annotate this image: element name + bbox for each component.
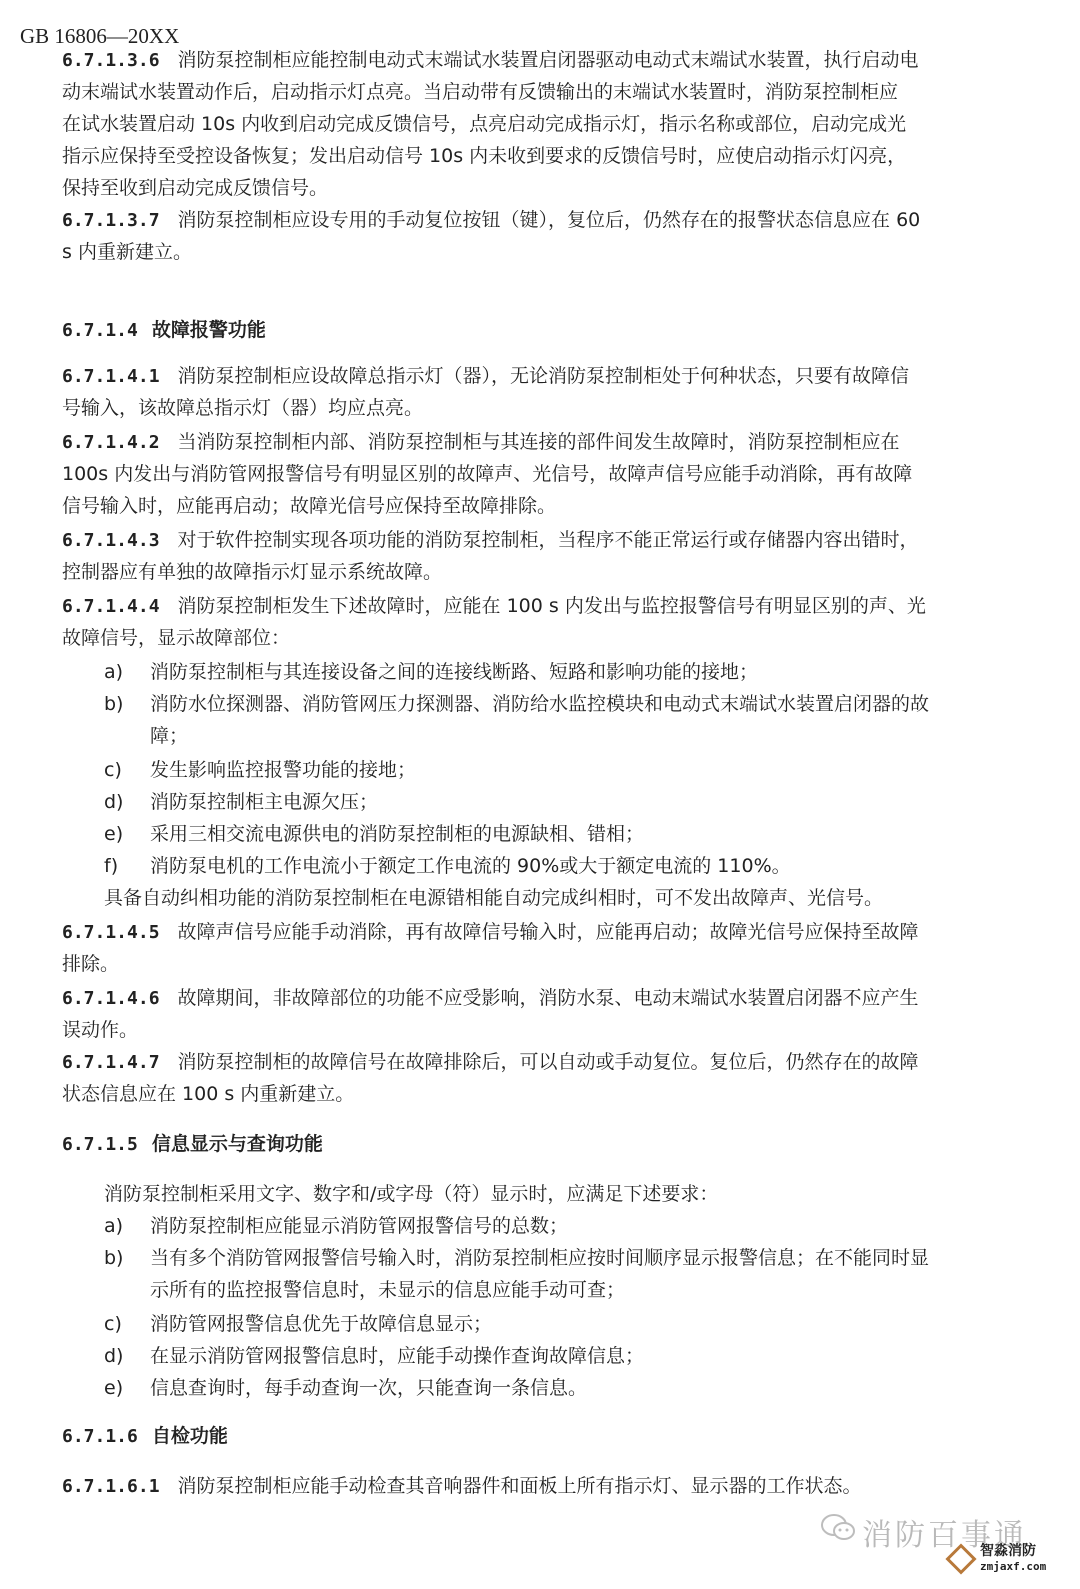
list-item: d)在显示消防管网报警信息时，应能手动操作查询故障信息；	[104, 1344, 644, 1368]
clause-line: 6.7.1.4.1消防泵控制柜应设故障总指示灯（器），无论消防泵控制柜处于何种状…	[62, 364, 909, 389]
line-text: 消防泵控制柜应设故障总指示灯（器），无论消防泵控制柜处于何种状态，只要有故障信	[178, 365, 910, 387]
clause-line: 6.7.1.4.6故障期间，非故障部位的功能不应受影响，消防水泵、电动末端试水装…	[62, 986, 919, 1011]
line-text: 对于软件控制实现各项功能的消防泵控制柜，当程序不能正常运行或存储器内容出错时，	[178, 529, 919, 551]
list-marker: b)	[104, 1246, 150, 1270]
line-text: 消防泵控制柜发生下述故障时，应能在 100 s 内发出与监控报警信号有明显区别的…	[178, 595, 926, 617]
wechat-icon	[820, 1512, 858, 1544]
text-line: 误动作。	[62, 1018, 138, 1042]
line-text: 障；	[150, 725, 188, 747]
line-text: 消防泵控制柜与其连接设备之间的连接线断路、短路和影响功能的接地；	[150, 661, 758, 683]
clause-number: 6.7.1.4.7	[62, 1052, 160, 1073]
line-text: 消防泵控制柜应能手动检查其音响器件和面板上所有指示灯、显示器的工作状态。	[178, 1475, 862, 1497]
section-number: 6.7.1.6	[62, 1426, 138, 1447]
line-text: 信息查询时，每手动查询一次，只能查询一条信息。	[150, 1377, 587, 1399]
text-line: 排除。	[62, 952, 119, 976]
line-text: 动末端试水装置动作后，启动指示灯点亮。当启动带有反馈输出的末端试水装置时，消防泵…	[62, 81, 898, 103]
section-heading: 6.7.1.6自检功能	[62, 1424, 228, 1449]
line-text: 误动作。	[62, 1019, 138, 1041]
list-item: b)消防水位探测器、消防管网压力探测器、消防给水监控模块和电动式末端试水装置启闭…	[104, 692, 929, 716]
list-item: d)消防泵控制柜主电源欠压；	[104, 790, 378, 814]
section-title: 信息显示与查询功能	[152, 1133, 323, 1155]
clause-number: 6.7.1.4.3	[62, 530, 160, 551]
list-item: f)消防泵电机的工作电流小于额定工作电流的 90%或大于额定电流的 110%。	[104, 854, 791, 878]
text-line: 示所有的监控报警信息时，未显示的信息应能手动可查；	[150, 1278, 625, 1302]
line-text: 采用三相交流电源供电的消防泵控制柜的电源缺相、错相；	[150, 823, 644, 845]
line-text: 消防泵控制柜主电源欠压；	[150, 791, 378, 813]
clause-line: 6.7.1.4.4消防泵控制柜发生下述故障时，应能在 100 s 内发出与监控报…	[62, 594, 926, 619]
list-marker: d)	[104, 790, 150, 814]
clause-line: 6.7.1.3.6消防泵控制柜应能控制电动式末端试水装置启闭器驱动电动式末端试水…	[62, 48, 919, 73]
line-text: 故障声信号应能手动消除，再有故障信号输入时，应能再启动；故障光信号应保持至故障	[178, 921, 919, 943]
list-marker: b)	[104, 692, 150, 716]
line-text: 消防泵控制柜采用文字、数字和/或字母（符）显示时，应满足下述要求：	[104, 1183, 718, 1205]
line-text: 故障信号，显示故障部位：	[62, 627, 290, 649]
clause-line: 6.7.1.4.2当消防泵控制柜内部、消防泵控制柜与其连接的部件间发生故障时，消…	[62, 430, 900, 455]
section-heading: 6.7.1.4故障报警功能	[62, 318, 266, 343]
list-item: e)采用三相交流电源供电的消防泵控制柜的电源缺相、错相；	[104, 822, 644, 846]
clause-number: 6.7.1.4.5	[62, 922, 160, 943]
section-number: 6.7.1.4	[62, 320, 138, 341]
list-marker: c)	[104, 1312, 150, 1336]
text-line: s 内重新建立。	[62, 240, 192, 264]
line-text: 消防泵控制柜应能显示消防管网报警信号的总数；	[150, 1215, 568, 1237]
logo-diamond-icon	[945, 1543, 976, 1574]
site-logo: 智淼消防 zmjaxf.com	[950, 1540, 1070, 1584]
section-heading: 6.7.1.5信息显示与查询功能	[62, 1132, 323, 1157]
text-line: 具备自动纠相功能的消防泵控制柜在电源错相能自动完成纠相时，可不发出故障声、光信号…	[104, 886, 883, 910]
line-text: 故障期间，非故障部位的功能不应受影响，消防水泵、电动末端试水装置启闭器不应产生	[178, 987, 919, 1009]
text-line: 消防泵控制柜采用文字、数字和/或字母（符）显示时，应满足下述要求：	[104, 1182, 718, 1206]
section-title: 自检功能	[152, 1425, 228, 1447]
text-line: 控制器应有单独的故障指示灯显示系统故障。	[62, 560, 442, 584]
line-text: 当有多个消防管网报警信号输入时，消防泵控制柜应按时间顺序显示报警信息；在不能同时…	[150, 1247, 929, 1269]
line-text: 当消防泵控制柜内部、消防泵控制柜与其连接的部件间发生故障时，消防泵控制柜应在	[178, 431, 900, 453]
clause-line: 6.7.1.3.7消防泵控制柜应设专用的手动复位按钮（键），复位后，仍然存在的报…	[62, 208, 920, 233]
line-text: 发生影响监控报警功能的接地；	[150, 759, 416, 781]
text-line: 动末端试水装置动作后，启动指示灯点亮。当启动带有反馈输出的末端试水装置时，消防泵…	[62, 80, 898, 104]
line-text: 控制器应有单独的故障指示灯显示系统故障。	[62, 561, 442, 583]
clause-line: 6.7.1.6.1消防泵控制柜应能手动检查其音响器件和面板上所有指示灯、显示器的…	[62, 1474, 862, 1499]
section-title: 故障报警功能	[152, 319, 266, 341]
line-text: 100s 内发出与消防管网报警信号有明显区别的故障声、光信号，故障声信号应能手动…	[62, 463, 912, 485]
line-text: 消防管网报警信息优先于故障信息显示；	[150, 1313, 492, 1335]
line-text: 指示应保持至受控设备恢复；发出启动信号 10s 内未收到要求的反馈信号时，应使启…	[62, 145, 906, 167]
text-line: 100s 内发出与消防管网报警信号有明显区别的故障声、光信号，故障声信号应能手动…	[62, 462, 912, 486]
list-item: c)消防管网报警信息优先于故障信息显示；	[104, 1312, 492, 1336]
line-text: 具备自动纠相功能的消防泵控制柜在电源错相能自动完成纠相时，可不发出故障声、光信号…	[104, 887, 883, 909]
clause-line: 6.7.1.4.3对于软件控制实现各项功能的消防泵控制柜，当程序不能正常运行或存…	[62, 528, 919, 553]
text-line: 障；	[150, 724, 188, 748]
list-item: e)信息查询时，每手动查询一次，只能查询一条信息。	[104, 1376, 587, 1400]
clause-number: 6.7.1.4.4	[62, 596, 160, 617]
list-item: a)消防泵控制柜与其连接设备之间的连接线断路、短路和影响功能的接地；	[104, 660, 758, 684]
list-item: a)消防泵控制柜应能显示消防管网报警信号的总数；	[104, 1214, 568, 1238]
clause-number: 6.7.1.4.2	[62, 432, 160, 453]
line-text: 消防泵电机的工作电流小于额定工作电流的 90%或大于额定电流的 110%。	[150, 855, 791, 877]
text-line: 状态信息应在 100 s 内重新建立。	[62, 1082, 354, 1106]
list-marker: c)	[104, 758, 150, 782]
line-text: s 内重新建立。	[62, 241, 192, 263]
list-marker: a)	[104, 660, 150, 684]
list-marker: f)	[104, 854, 150, 878]
clause-number: 6.7.1.4.6	[62, 988, 160, 1009]
line-text: 信号输入时，应能再启动；故障光信号应保持至故障排除。	[62, 495, 556, 517]
list-item: b)当有多个消防管网报警信号输入时，消防泵控制柜应按时间顺序显示报警信息；在不能…	[104, 1246, 929, 1270]
text-line: 故障信号，显示故障部位：	[62, 626, 290, 650]
line-text: 状态信息应在 100 s 内重新建立。	[62, 1083, 354, 1105]
line-text: 保持至收到启动完成反馈信号。	[62, 177, 328, 199]
line-text: 在试水装置启动 10s 内收到启动完成反馈信号，点亮启动完成指示灯，指示名称或部…	[62, 113, 906, 135]
clause-line: 6.7.1.4.7消防泵控制柜的故障信号在故障排除后，可以自动或手动复位。复位后…	[62, 1050, 919, 1075]
document-id-header: GB 16806—20XX	[20, 24, 179, 49]
list-marker: d)	[104, 1344, 150, 1368]
logo-name: 智淼消防	[980, 1540, 1036, 1560]
list-marker: a)	[104, 1214, 150, 1238]
line-text: 号输入，该故障总指示灯（器）均应点亮。	[62, 397, 423, 419]
text-line: 号输入，该故障总指示灯（器）均应点亮。	[62, 396, 423, 420]
clause-number: 6.7.1.3.7	[62, 210, 160, 231]
line-text: 在显示消防管网报警信息时，应能手动操作查询故障信息；	[150, 1345, 644, 1367]
logo-url: zmjaxf.com	[980, 1560, 1046, 1573]
line-text: 排除。	[62, 953, 119, 975]
line-text: 消防水位探测器、消防管网压力探测器、消防给水监控模块和电动式末端试水装置启闭器的…	[150, 693, 929, 715]
text-line: 在试水装置启动 10s 内收到启动完成反馈信号，点亮启动完成指示灯，指示名称或部…	[62, 112, 906, 136]
list-item: c)发生影响监控报警功能的接地；	[104, 758, 416, 782]
line-text: 消防泵控制柜应设专用的手动复位按钮（键），复位后，仍然存在的报警状态信息应在 6…	[178, 209, 921, 231]
clause-number: 6.7.1.4.1	[62, 366, 160, 387]
list-marker: e)	[104, 822, 150, 846]
line-text: 示所有的监控报警信息时，未显示的信息应能手动可查；	[150, 1279, 625, 1301]
line-text: 消防泵控制柜应能控制电动式末端试水装置启闭器驱动电动式末端试水装置，执行启动电	[178, 49, 919, 71]
clause-line: 6.7.1.4.5故障声信号应能手动消除，再有故障信号输入时，应能再启动；故障光…	[62, 920, 919, 945]
section-number: 6.7.1.5	[62, 1134, 138, 1155]
list-marker: e)	[104, 1376, 150, 1400]
line-text: 消防泵控制柜的故障信号在故障排除后，可以自动或手动复位。复位后，仍然存在的故障	[178, 1051, 919, 1073]
clause-number: 6.7.1.3.6	[62, 50, 160, 71]
text-line: 指示应保持至受控设备恢复；发出启动信号 10s 内未收到要求的反馈信号时，应使启…	[62, 144, 906, 168]
text-line: 信号输入时，应能再启动；故障光信号应保持至故障排除。	[62, 494, 556, 518]
clause-number: 6.7.1.6.1	[62, 1476, 160, 1497]
text-line: 保持至收到启动完成反馈信号。	[62, 176, 328, 200]
